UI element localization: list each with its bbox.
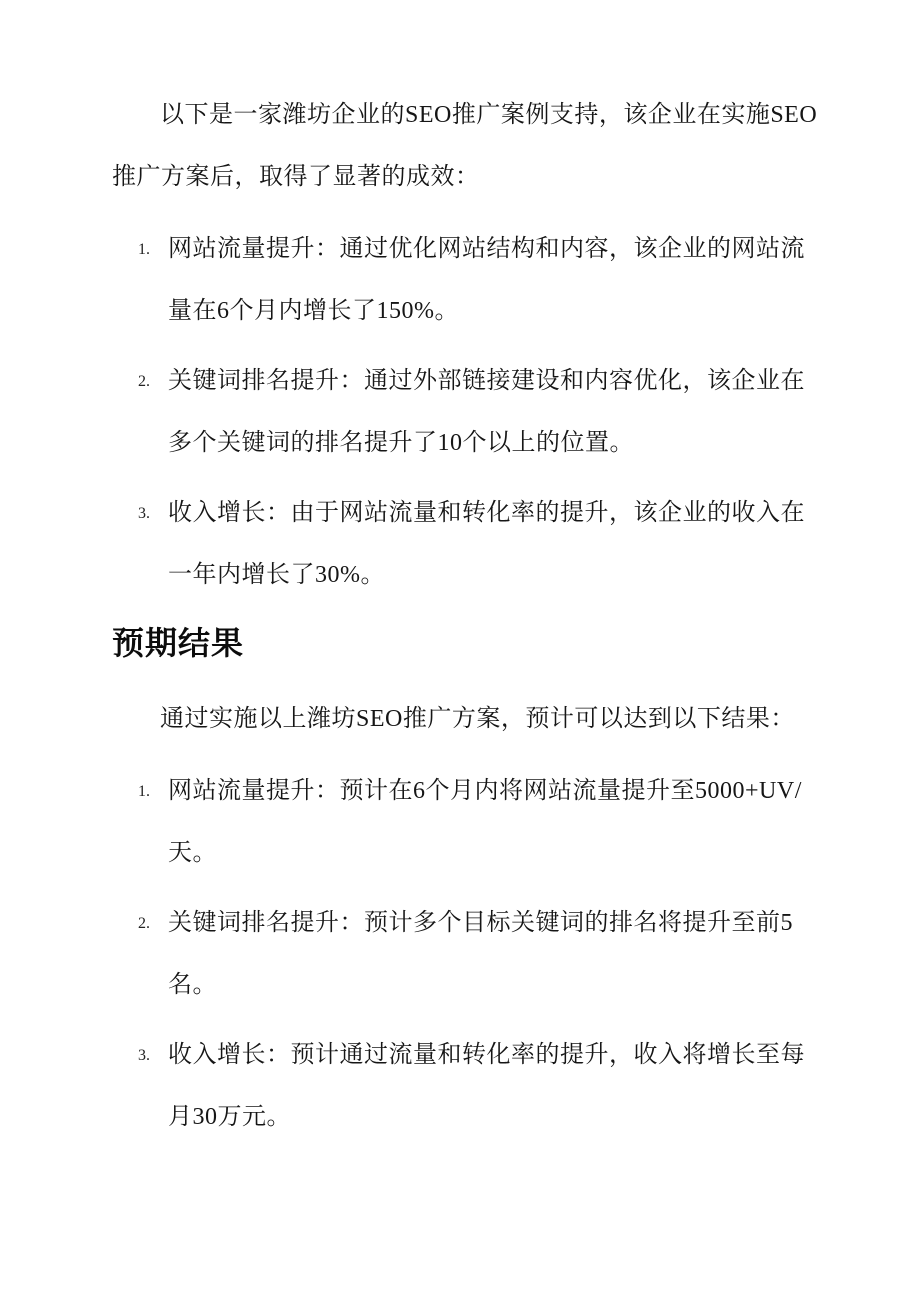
list-item: 3. 收入增长：由于网站流量和转化率的提升，该企业的收入在一年内增长了30%。 [112,482,818,606]
list-item: 3. 收入增长：预计通过流量和转化率的提升，收入将增长至每月30万元。 [112,1024,818,1148]
list-item-number: 1. [138,761,150,823]
list-item-text: 关键词排名提升：通过外部链接建设和内容优化，该企业在多个关键词的排名提升了10个… [168,368,805,456]
document-content: 以下是一家潍坊企业的SEO推广案例支持，该企业在实施SEO推广方案后，取得了显著… [0,0,921,1148]
list-item: 1. 网站流量提升：通过优化网站结构和内容，该企业的网站流量在6个月内增长了15… [112,218,818,342]
list-item-text: 收入增长：预计通过流量和转化率的提升，收入将增长至每月30万元。 [168,1042,805,1130]
list-item-text: 收入增长：由于网站流量和转化率的提升，该企业的收入在一年内增长了30%。 [168,500,805,588]
section-heading-expected-results: 预期结果 [112,620,818,666]
expected-intro-paragraph: 通过实施以上潍坊SEO推广方案，预计可以达到以下结果： [112,688,818,750]
list-item-text: 关键词排名提升：预计多个目标关键词的排名将提升至前5名。 [168,910,793,998]
list-item-number: 3. [138,1025,150,1087]
list-item-text: 网站流量提升：通过优化网站结构和内容，该企业的网站流量在6个月内增长了150%。 [168,236,805,324]
list-item-number: 2. [138,893,150,955]
case-results-list: 1. 网站流量提升：通过优化网站结构和内容，该企业的网站流量在6个月内增长了15… [112,218,818,606]
list-item: 1. 网站流量提升：预计在6个月内将网站流量提升至5000+UV/天。 [112,760,818,884]
document-page: 以下是一家潍坊企业的SEO推广案例支持，该企业在实施SEO推广方案后，取得了显著… [0,0,921,1302]
list-item-number: 2. [138,351,150,413]
list-item-number: 1. [138,219,150,281]
list-item: 2. 关键词排名提升：预计多个目标关键词的排名将提升至前5名。 [112,892,818,1016]
list-item-number: 3. [138,483,150,545]
case-intro-paragraph: 以下是一家潍坊企业的SEO推广案例支持，该企业在实施SEO推广方案后，取得了显著… [112,84,818,208]
list-item: 2. 关键词排名提升：通过外部链接建设和内容优化，该企业在多个关键词的排名提升了… [112,350,818,474]
list-item-text: 网站流量提升：预计在6个月内将网站流量提升至5000+UV/天。 [168,778,802,866]
expected-results-list: 1. 网站流量提升：预计在6个月内将网站流量提升至5000+UV/天。 2. 关… [112,760,818,1148]
